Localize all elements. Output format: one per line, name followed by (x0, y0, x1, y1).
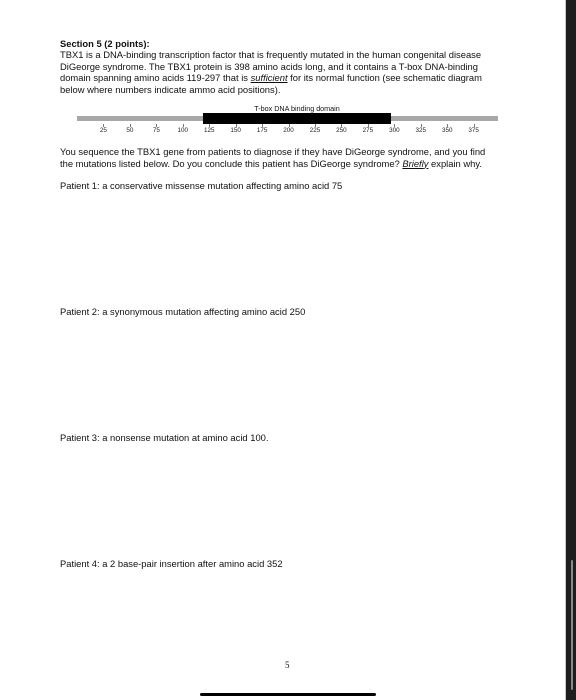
question-text: the mutations listed below. Do you concl… (60, 158, 402, 169)
tick-label: 350 (442, 127, 453, 134)
section-heading: Section 5 (2 points): (60, 38, 150, 50)
intro-line-text: for its normal function (see schematic d… (288, 72, 482, 83)
intro-line: below where numbers indicate ammo acid p… (60, 84, 530, 96)
tick-label: 275 (363, 127, 374, 134)
domain-label: T-box DNA binding domain (254, 104, 340, 113)
scrollbar-thumb[interactable] (571, 560, 573, 690)
tick-label: 375 (468, 127, 479, 134)
protein-domain-diagram: T-box DNA binding domain 255075100125150… (0, 100, 565, 140)
patient-1: Patient 1: a conservative missense mutat… (60, 180, 342, 192)
question-line: the mutations listed below. Do you concl… (60, 158, 530, 170)
intro-line: TBX1 is a DNA-binding transcription fact… (60, 49, 530, 61)
tick-label: 300 (389, 127, 400, 134)
patient-2: Patient 2: a synonymous mutation affecti… (60, 306, 305, 318)
document-page: Section 5 (2 points): TBX1 is a DNA-bind… (0, 0, 565, 700)
tick-label: 125 (204, 127, 215, 134)
patient-3: Patient 3: a nonsense mutation at amino … (60, 432, 268, 444)
sufficient-emphasis: sufficient (251, 72, 288, 83)
intro-line-text: domain spanning amino acids 119-297 that… (60, 72, 251, 83)
intro-line: domain spanning amino acids 119-297 that… (60, 72, 530, 84)
tbox-domain-bar (203, 113, 391, 124)
tick-label: 75 (153, 127, 160, 134)
tick-label: 200 (283, 127, 294, 134)
tick-label: 150 (230, 127, 241, 134)
scrollbar[interactable] (565, 0, 576, 700)
tick-label: 325 (416, 127, 427, 134)
question-text: explain why. (428, 158, 482, 169)
intro-line: DiGeorge syndrome. The TBX1 protein is 3… (60, 61, 530, 73)
tick-label: 50 (126, 127, 133, 134)
tick-label: 250 (336, 127, 347, 134)
intro-paragraph: TBX1 is a DNA-binding transcription fact… (60, 49, 530, 95)
briefly-emphasis: Briefly (402, 158, 428, 169)
tick-label: 100 (178, 127, 189, 134)
tick-label: 225 (310, 127, 321, 134)
page-number: 5 (285, 660, 290, 670)
question-line: You sequence the TBX1 gene from patients… (60, 146, 530, 158)
home-indicator[interactable] (200, 693, 376, 696)
question-paragraph: You sequence the TBX1 gene from patients… (60, 146, 530, 169)
patient-4: Patient 4: a 2 base-pair insertion after… (60, 558, 283, 570)
tick-label: 25 (100, 127, 107, 134)
tick-label: 175 (257, 127, 268, 134)
